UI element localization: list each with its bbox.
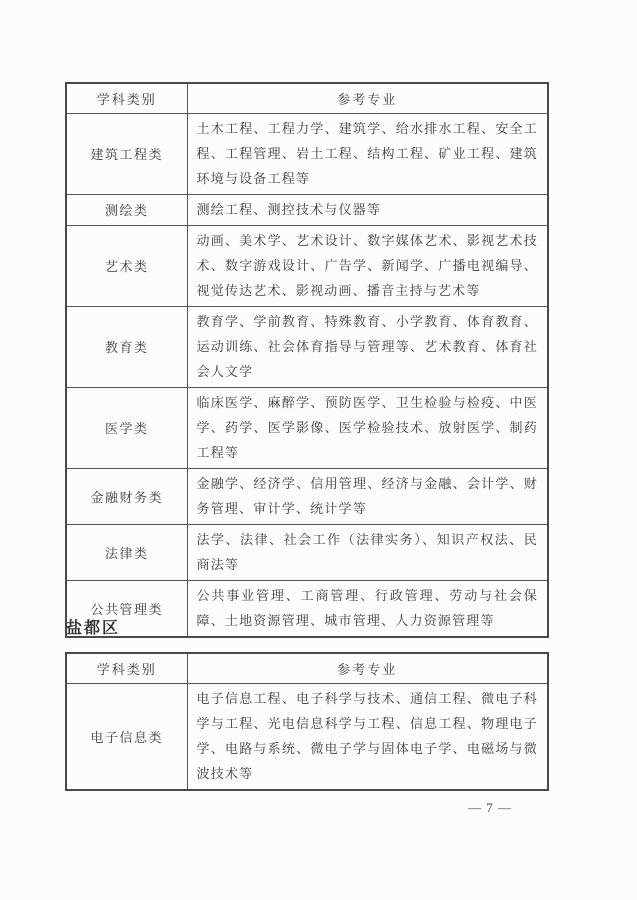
table-row: 金融财务类金融学、经济学、信用管理、经济与金融、会计学、财务管理、审计学、统计学… bbox=[66, 468, 548, 524]
majors-cell: 法学、法律、社会工作（法律实务）、知识产权法、民商法等 bbox=[187, 524, 548, 580]
category-cell: 建筑工程类 bbox=[66, 113, 187, 194]
table-row: 艺术类动画、美术学、艺术设计、数字媒体艺术、影视艺术技术、数字游戏设计、广告学、… bbox=[66, 225, 548, 306]
majors-cell: 土木工程、工程力学、建筑学、给水排水工程、安全工程、工程管理、岩土工程、结构工程… bbox=[187, 113, 548, 194]
header-row: 学科类别参考专业 bbox=[66, 653, 548, 683]
category-cell: 法律类 bbox=[66, 524, 187, 580]
majors-cell: 教育学、学前教育、特殊教育、小学教育、体育教育、运动训练、社会体育指导与管理等、… bbox=[187, 306, 548, 387]
table-row: 电子信息类电子信息工程、电子科学与技术、通信工程、微电子科学与工程、光电信息科学… bbox=[66, 683, 548, 790]
table-row: 公共管理类公共事业管理、工商管理、行政管理、劳动与社会保障、土地资源管理、城市管… bbox=[66, 580, 548, 637]
table-row: 测绘类测绘工程、测控技术与仪器等 bbox=[66, 194, 548, 225]
majors-cell: 临床医学、麻醉学、预防医学、卫生检验与检疫、中医学、药学、医学影像、医学检验技术… bbox=[187, 387, 548, 468]
category-cell: 艺术类 bbox=[66, 225, 187, 306]
majors-cell: 测绘工程、测控技术与仪器等 bbox=[187, 194, 548, 225]
column-header-reference-majors: 参考专业 bbox=[187, 83, 548, 113]
section-heading-yandu-district: 盐都区 bbox=[66, 615, 120, 638]
subject-category-table-2: 学科类别参考专业电子信息类电子信息工程、电子科学与技术、通信工程、微电子科学与工… bbox=[65, 652, 549, 791]
column-header-subject-category: 学科类别 bbox=[66, 653, 187, 683]
category-cell: 测绘类 bbox=[66, 194, 187, 225]
document-page: 学科类别参考专业建筑工程类土木工程、工程力学、建筑学、给水排水工程、安全工程、工… bbox=[0, 0, 637, 900]
table-row: 医学类临床医学、麻醉学、预防医学、卫生检验与检疫、中医学、药学、医学影像、医学检… bbox=[66, 387, 548, 468]
column-header-subject-category: 学科类别 bbox=[66, 83, 187, 113]
majors-cell: 公共事业管理、工商管理、行政管理、劳动与社会保障、土地资源管理、城市管理、人力资… bbox=[187, 580, 548, 637]
page-number: — 7 — bbox=[468, 800, 512, 816]
majors-cell: 动画、美术学、艺术设计、数字媒体艺术、影视艺术技术、数字游戏设计、广告学、新闻学… bbox=[187, 225, 548, 306]
table-row: 建筑工程类土木工程、工程力学、建筑学、给水排水工程、安全工程、工程管理、岩土工程… bbox=[66, 113, 548, 194]
table-row: 教育类教育学、学前教育、特殊教育、小学教育、体育教育、运动训练、社会体育指导与管… bbox=[66, 306, 548, 387]
category-cell: 教育类 bbox=[66, 306, 187, 387]
subject-category-table-1: 学科类别参考专业建筑工程类土木工程、工程力学、建筑学、给水排水工程、安全工程、工… bbox=[65, 82, 549, 638]
category-cell: 电子信息类 bbox=[66, 683, 187, 790]
category-cell: 医学类 bbox=[66, 387, 187, 468]
majors-cell: 金融学、经济学、信用管理、经济与金融、会计学、财务管理、审计学、统计学等 bbox=[187, 468, 548, 524]
column-header-reference-majors: 参考专业 bbox=[187, 653, 548, 683]
category-cell: 金融财务类 bbox=[66, 468, 187, 524]
header-row: 学科类别参考专业 bbox=[66, 83, 548, 113]
majors-cell: 电子信息工程、电子科学与技术、通信工程、微电子科学与工程、光电信息科学与工程、信… bbox=[187, 683, 548, 790]
table-row: 法律类法学、法律、社会工作（法律实务）、知识产权法、民商法等 bbox=[66, 524, 548, 580]
